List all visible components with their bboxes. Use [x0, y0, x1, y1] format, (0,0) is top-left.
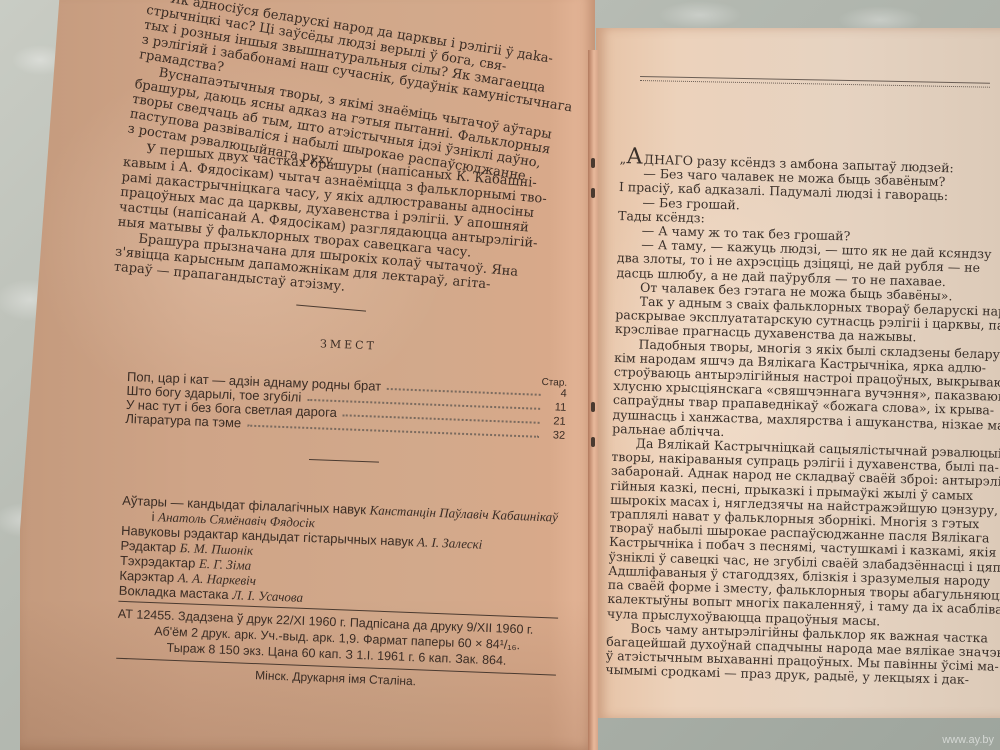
staple: [591, 437, 595, 447]
staple: [591, 158, 595, 168]
toc-title: ЗМЕСТ: [128, 330, 568, 360]
cover-artist-name: Л. І. Усачова: [232, 587, 303, 605]
credits: Аўтары — кандыдат філалагічных навук Кан…: [119, 493, 563, 615]
left-page-lower: ЗМЕСТ Стар. Поп, цар і кат — адзін аднам…: [116, 300, 570, 694]
imprint: АТ 12455. Здадзена ў друк 22/XI 1960 г. …: [116, 602, 558, 675]
toc-item-page: 32: [543, 428, 566, 443]
sci-editor-name: А. І. Залескі: [417, 534, 483, 551]
cover-label: Вокладка мастака: [119, 583, 229, 602]
toc-item-page: 21: [543, 414, 566, 429]
watermark: www.ay.by: [942, 734, 994, 746]
divider: [309, 459, 379, 463]
authors-joiner: і: [151, 509, 154, 524]
staple: [591, 188, 595, 198]
staple: [591, 402, 595, 412]
right-page-text: „АДНАГО разу ксёндз з амбона запытаў люд…: [605, 150, 1000, 688]
toc-item-title: Літаратура па тэме: [125, 412, 241, 430]
book-spine: [588, 50, 598, 750]
toc-item-page: 11: [544, 400, 567, 415]
drop-cap: А: [626, 144, 644, 169]
toc-item-page: 4: [544, 386, 567, 401]
